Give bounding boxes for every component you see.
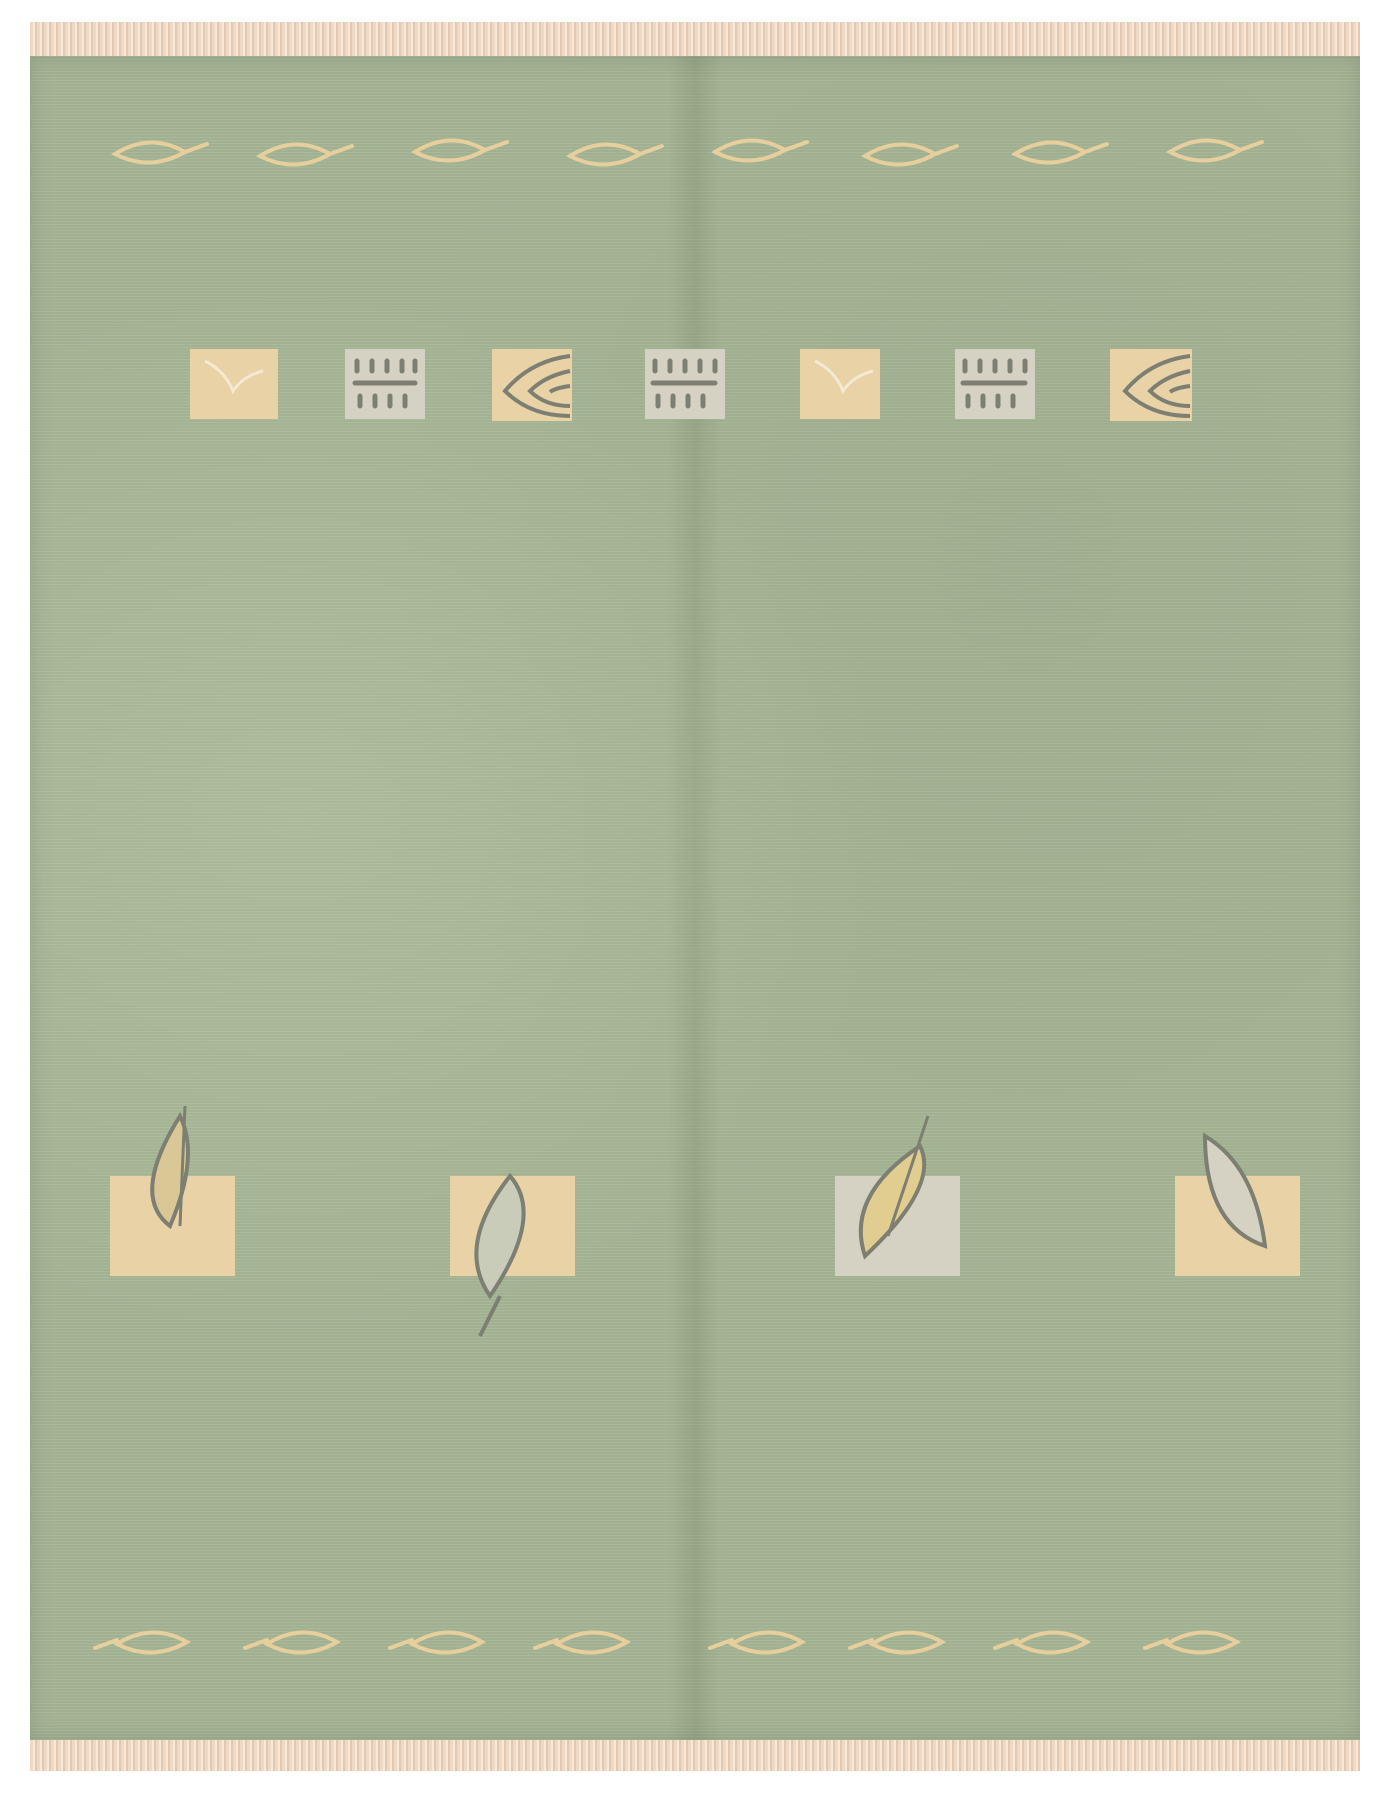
- top-leaf-outlines: [115, 140, 1262, 164]
- rug-motifs: [30, 56, 1360, 1740]
- rug-field: [30, 56, 1360, 1740]
- bottom-fringe: [30, 1735, 1360, 1771]
- lower-square-row: [110, 1106, 1300, 1336]
- top-fringe: [30, 22, 1360, 58]
- upper-square-row: [190, 349, 1192, 421]
- bottom-leaf-outlines: [95, 1632, 1237, 1652]
